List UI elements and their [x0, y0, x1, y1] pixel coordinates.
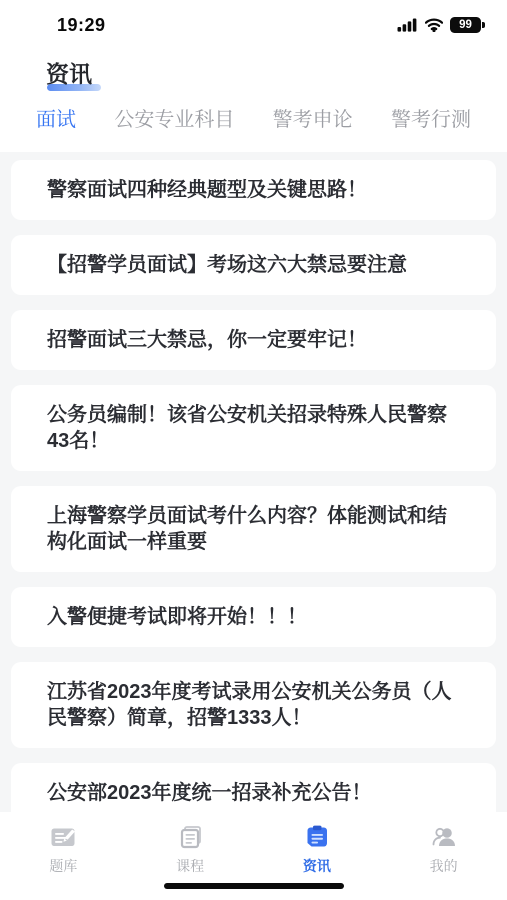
- tab-interview[interactable]: 面试: [36, 103, 76, 132]
- status-time: 19:29: [57, 15, 106, 36]
- battery-percent: 99: [459, 19, 472, 31]
- question-bank-icon: [47, 821, 79, 853]
- header: 资讯: [0, 46, 507, 106]
- status-icons: 99: [397, 17, 481, 33]
- article-card[interactable]: 警察面试四种经典题型及关键思路！: [11, 160, 496, 220]
- tab-police-aptitude-test[interactable]: 警考行测: [391, 103, 471, 132]
- tab-bar-label: 资讯: [303, 856, 331, 876]
- tab-police-professional-subjects[interactable]: 公安专业科目: [114, 103, 234, 132]
- status-bar: 19:29 99: [0, 0, 507, 46]
- tab-police-essay-exam[interactable]: 警考申论: [273, 103, 353, 132]
- home-indicator[interactable]: [164, 883, 344, 889]
- article-card[interactable]: 上海警察学员面试考什么内容？体能测试和结构化面试一样重要: [11, 486, 496, 572]
- article-card[interactable]: 招警面试三大禁忌，你一定要牢记！: [11, 310, 496, 370]
- article-card[interactable]: 入警便捷考试即将开始！！！: [11, 587, 496, 647]
- tab-bar-label: 题库: [49, 856, 77, 876]
- app-screen: 19:29 99: [0, 0, 507, 900]
- courses-icon: [174, 821, 206, 853]
- wifi-icon: [425, 18, 443, 32]
- battery-icon: 99: [450, 17, 481, 33]
- article-card[interactable]: 江苏省2023年度考试录用公安机关公务员（人民警察）简章，招警1333人！: [11, 662, 496, 748]
- article-card[interactable]: 【招警学员面试】考场这六大禁忌要注意: [11, 235, 496, 295]
- profile-icon: [428, 821, 460, 853]
- tab-bar-label: 课程: [176, 856, 204, 876]
- article-card[interactable]: 公安部2023年度统一招录补充公告！: [11, 763, 496, 812]
- category-tab-bar: 面试 公安专业科目 警考申论 警考行测: [0, 103, 507, 132]
- article-card[interactable]: 公务员编制！该省公安机关招录特殊人民警察43名！: [11, 385, 496, 471]
- cellular-signal-icon: [397, 18, 418, 32]
- news-clipboard-icon: [301, 821, 333, 853]
- page-title: 资讯: [46, 56, 92, 89]
- article-list[interactable]: 警察面试四种经典题型及关键思路！ 【招警学员面试】考场这六大禁忌要注意 招警面试…: [0, 152, 507, 812]
- tab-bar-label: 我的: [430, 856, 458, 876]
- tab-bar-item-profile[interactable]: 我的: [380, 812, 507, 900]
- tab-bar-item-question-bank[interactable]: 题库: [0, 812, 127, 900]
